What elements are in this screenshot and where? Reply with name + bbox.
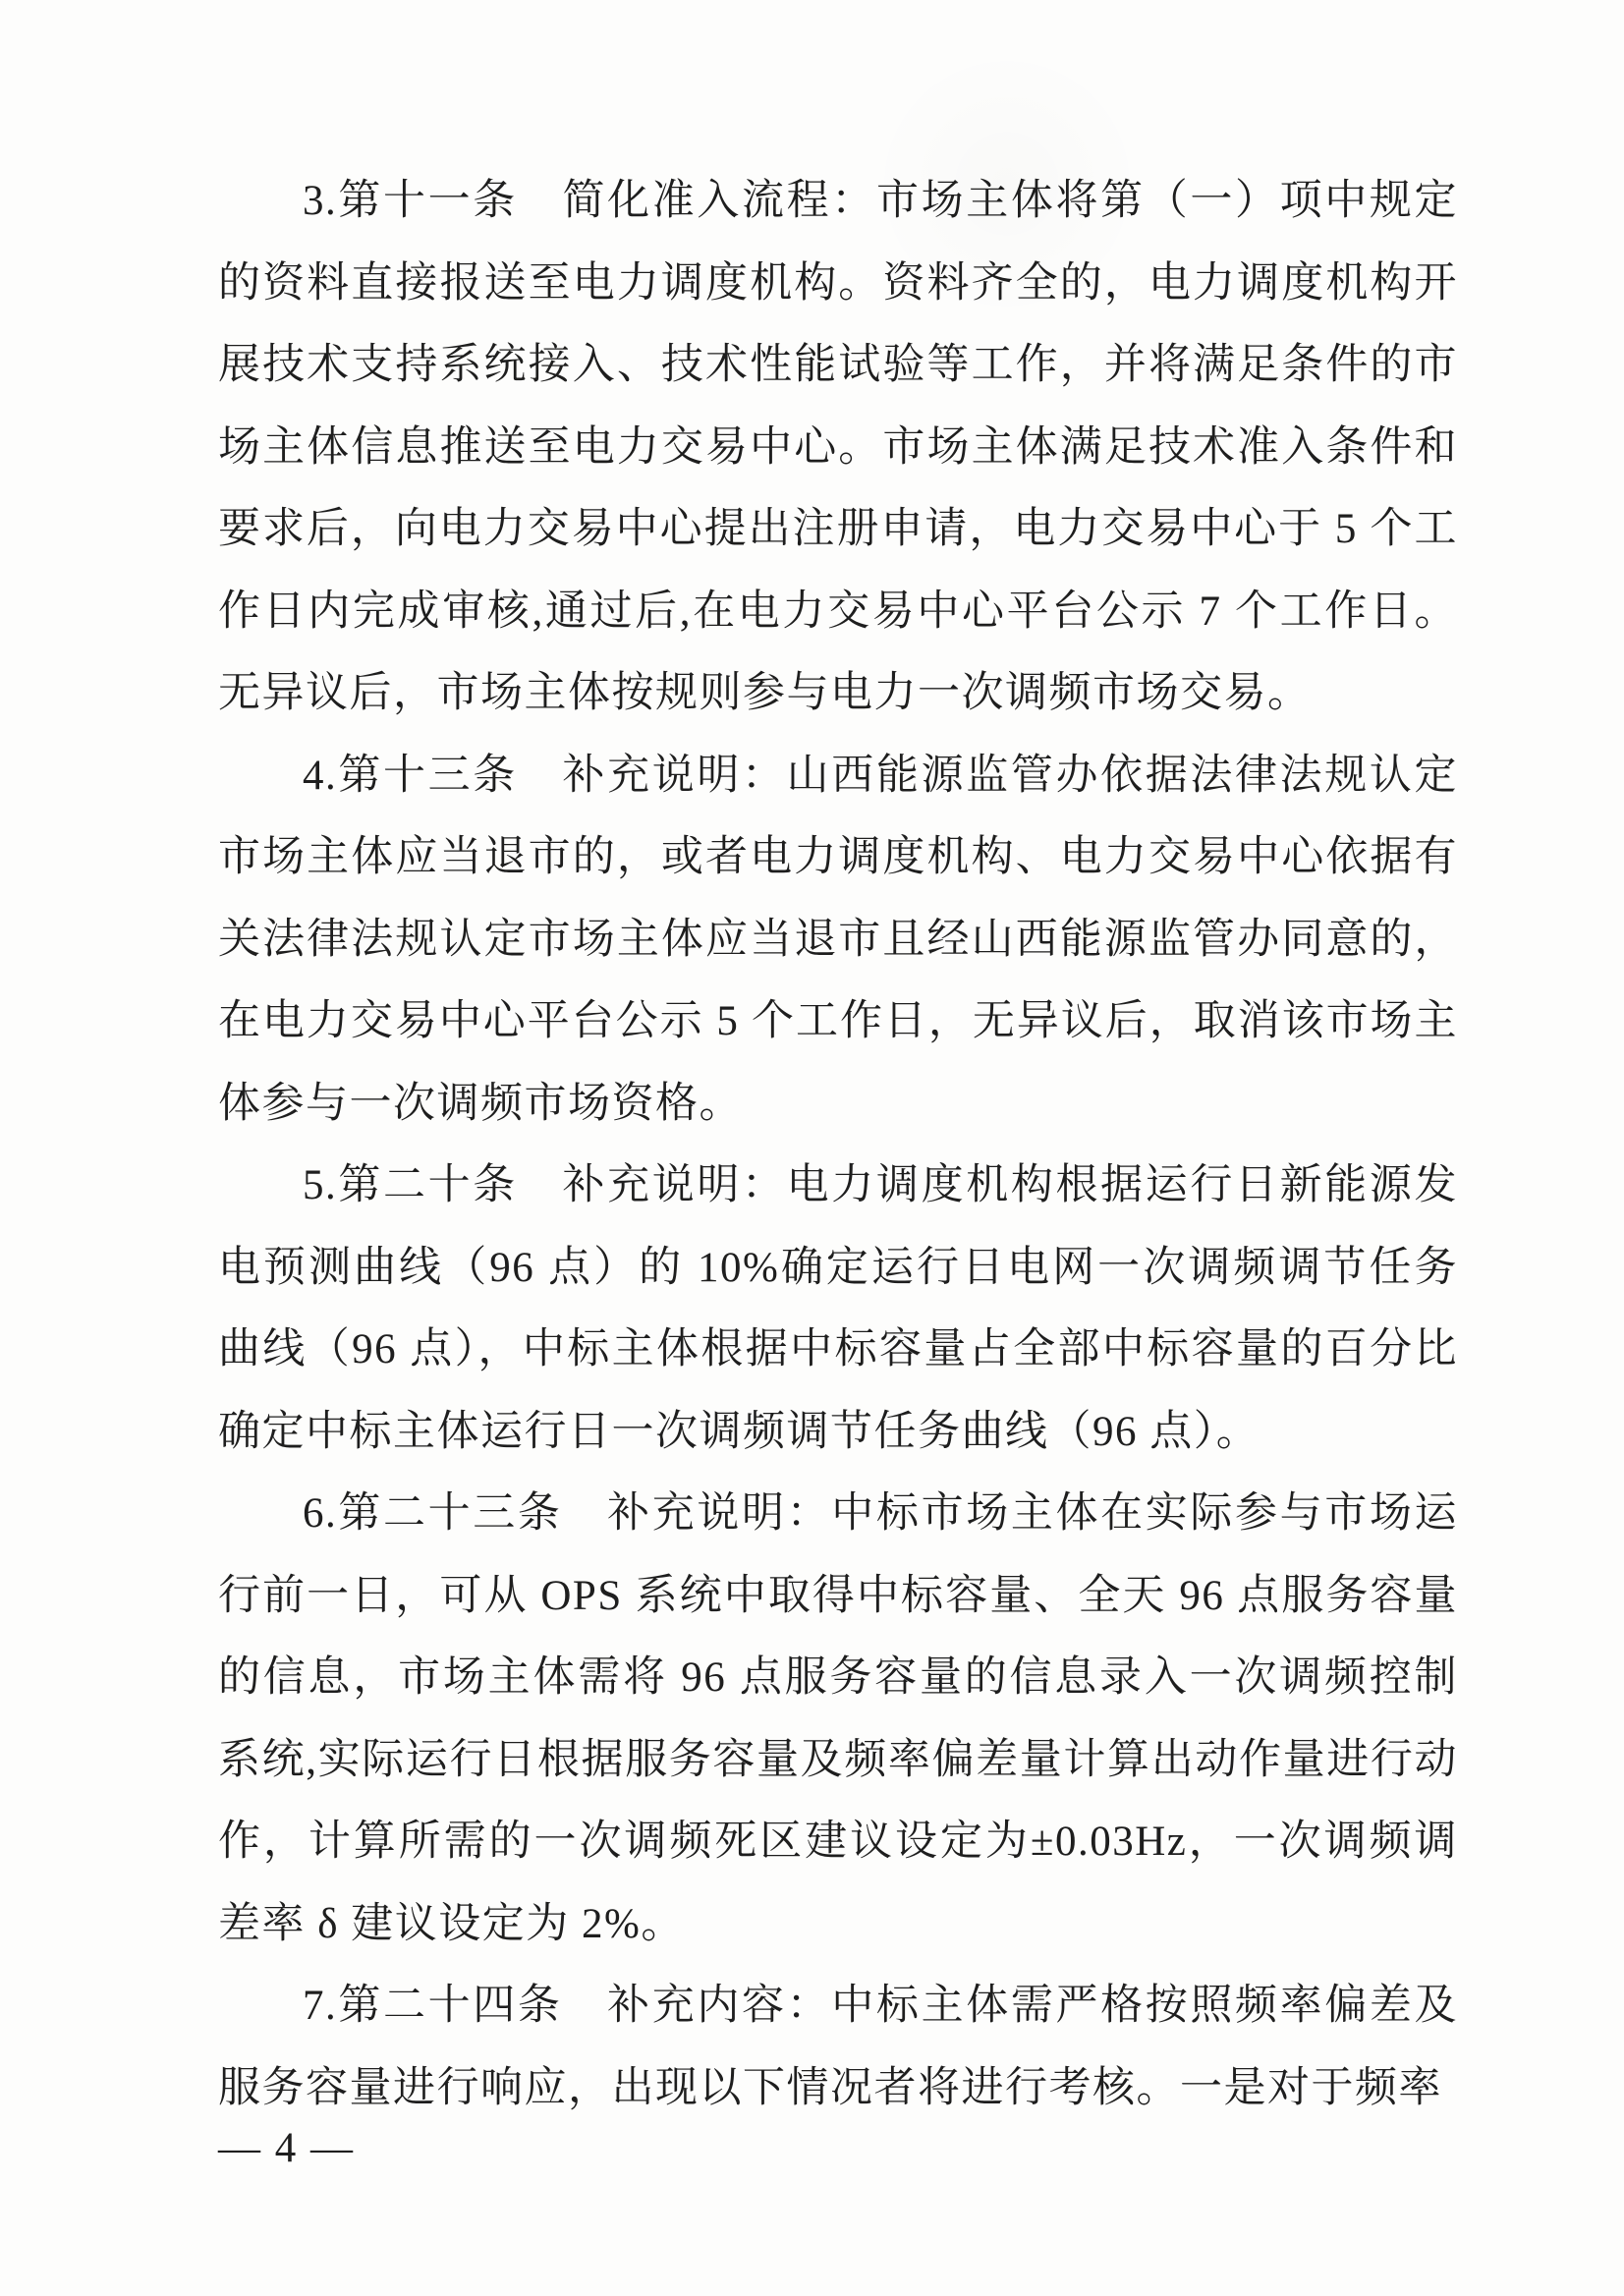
paragraph-item-6: 6.第二十三条 补充说明：中标市场主体在实际参与市场运行前一日，可从 OPS 系… [218, 1473, 1458, 1965]
paragraph-item-3: 3.第十一条 简化准入流程：市场主体将第（一）项中规定的资料直接报送至电力调度机… [218, 160, 1458, 735]
document-page: 3.第十一条 简化准入流程：市场主体将第（一）项中规定的资料直接报送至电力调度机… [0, 0, 1624, 2296]
document-body: 3.第十一条 简化准入流程：市场主体将第（一）项中规定的资料直接报送至电力调度机… [218, 160, 1458, 2129]
paragraph-item-4: 4.第十三条 补充说明：山西能源监管办依据法律法规认定市场主体应当退市的，或者电… [218, 735, 1458, 1146]
page-number: — 4 — [218, 2124, 355, 2173]
paragraph-item-7: 7.第二十四条 补充内容：中标主体需严格按照频率偏差及服务容量进行响应，出现以下… [218, 1965, 1458, 2129]
paragraph-item-5: 5.第二十条 补充说明：电力调度机构根据运行日新能源发电预测曲线（96 点）的 … [218, 1145, 1458, 1473]
